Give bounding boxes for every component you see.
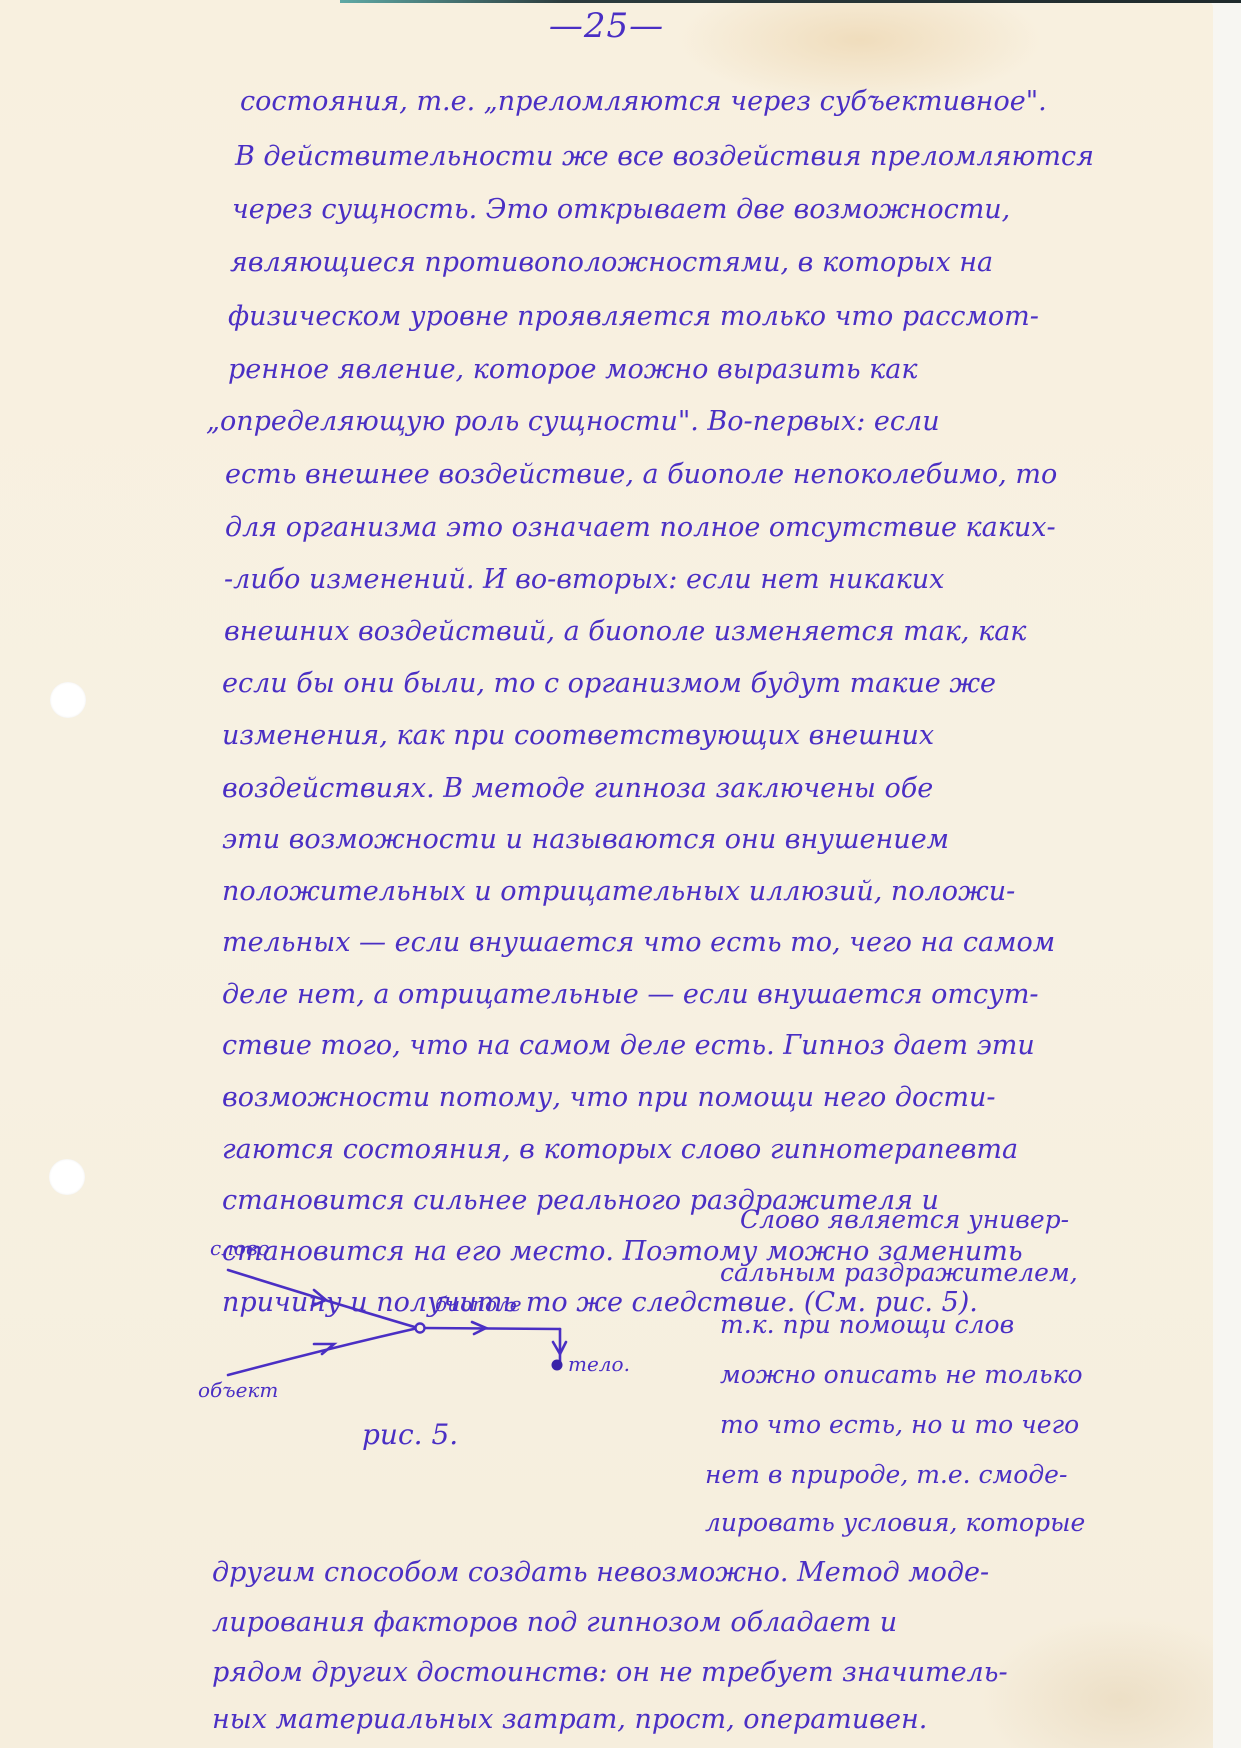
body-line: „определяющую роль сущности". Во-первых:… [206, 402, 940, 442]
bottom-line: лирования факторов под гипнозом обладает… [212, 1603, 897, 1643]
side-line: т.к. при помощи слов [720, 1305, 1014, 1345]
body-line: физическом уровне проявляется только что… [228, 297, 1039, 337]
body-line: являющиеся противоположностями, в которы… [230, 243, 993, 283]
body-line: -либо изменений. И во-вторых: если нет н… [224, 560, 944, 600]
body-line: возможности потому, что при помощи него … [222, 1078, 996, 1118]
side-line: нет в природе, т.е. смоде- [705, 1455, 1067, 1495]
body-line: для организма это означает полное отсутс… [225, 508, 1056, 548]
bottom-line: другим способом создать невозможно. Мето… [212, 1553, 989, 1593]
body-line: есть внешнее воздействие, а биополе непо… [225, 455, 1057, 495]
side-line: то что есть, но и то чего [720, 1405, 1079, 1445]
label-object: объект [198, 1378, 278, 1402]
label-word: слово [210, 1236, 270, 1260]
body-node [552, 1360, 563, 1371]
punch-hole-bottom [49, 1159, 85, 1195]
side-line: Слово является универ- [740, 1200, 1069, 1240]
body-line: деле нет, а отрицательные — если внушает… [222, 975, 1039, 1015]
punch-hole-top [50, 682, 86, 718]
body-line: внешних воздействий, а биополе изменяетс… [224, 612, 1026, 652]
body-line: если бы они были, то с организмом будут … [222, 664, 996, 704]
body-line: В действительности же все воздействия пр… [235, 137, 1094, 177]
side-line: лировать условия, которые [705, 1503, 1085, 1543]
body-line: изменения, как при соответствующих внешн… [222, 716, 934, 756]
bottom-line: ных материальных затрат, прост, оператив… [212, 1700, 927, 1740]
page-number: —25— [0, 6, 1213, 46]
body-line: через сущность. Это открывает две возмож… [232, 190, 1010, 230]
body-line: эти возможности и называются они внушени… [222, 820, 949, 860]
bottom-line: рядом других достоинств: он не требует з… [212, 1653, 1008, 1693]
body-line: ствие того, что на самом деле есть. Гипн… [222, 1026, 1035, 1066]
manuscript-page: —25— состояния, т.е. „преломляются через… [0, 0, 1213, 1748]
label-body: тело. [568, 1352, 630, 1376]
body-line: состояния, т.е. „преломляются через субъ… [240, 82, 1047, 122]
scanner-edge-band [340, 0, 1241, 3]
body-line: ренное явление, которое можно выразить к… [228, 350, 917, 390]
side-line: сальным раздражителем, [720, 1253, 1078, 1293]
body-line: положительных и отрицательных иллюзий, п… [222, 872, 1015, 912]
body-line: гаются состояния, в которых слово гипнот… [222, 1130, 1018, 1170]
body-line: тельных — если внушается что есть то, че… [222, 923, 1055, 963]
body-line: воздействиях. В методе гипноза заключены… [222, 769, 933, 809]
figure-caption: рис. 5. [362, 1418, 458, 1451]
junction-node [416, 1324, 425, 1333]
side-line: можно описать не только [720, 1355, 1083, 1395]
label-biofield: биополе [435, 1292, 522, 1316]
